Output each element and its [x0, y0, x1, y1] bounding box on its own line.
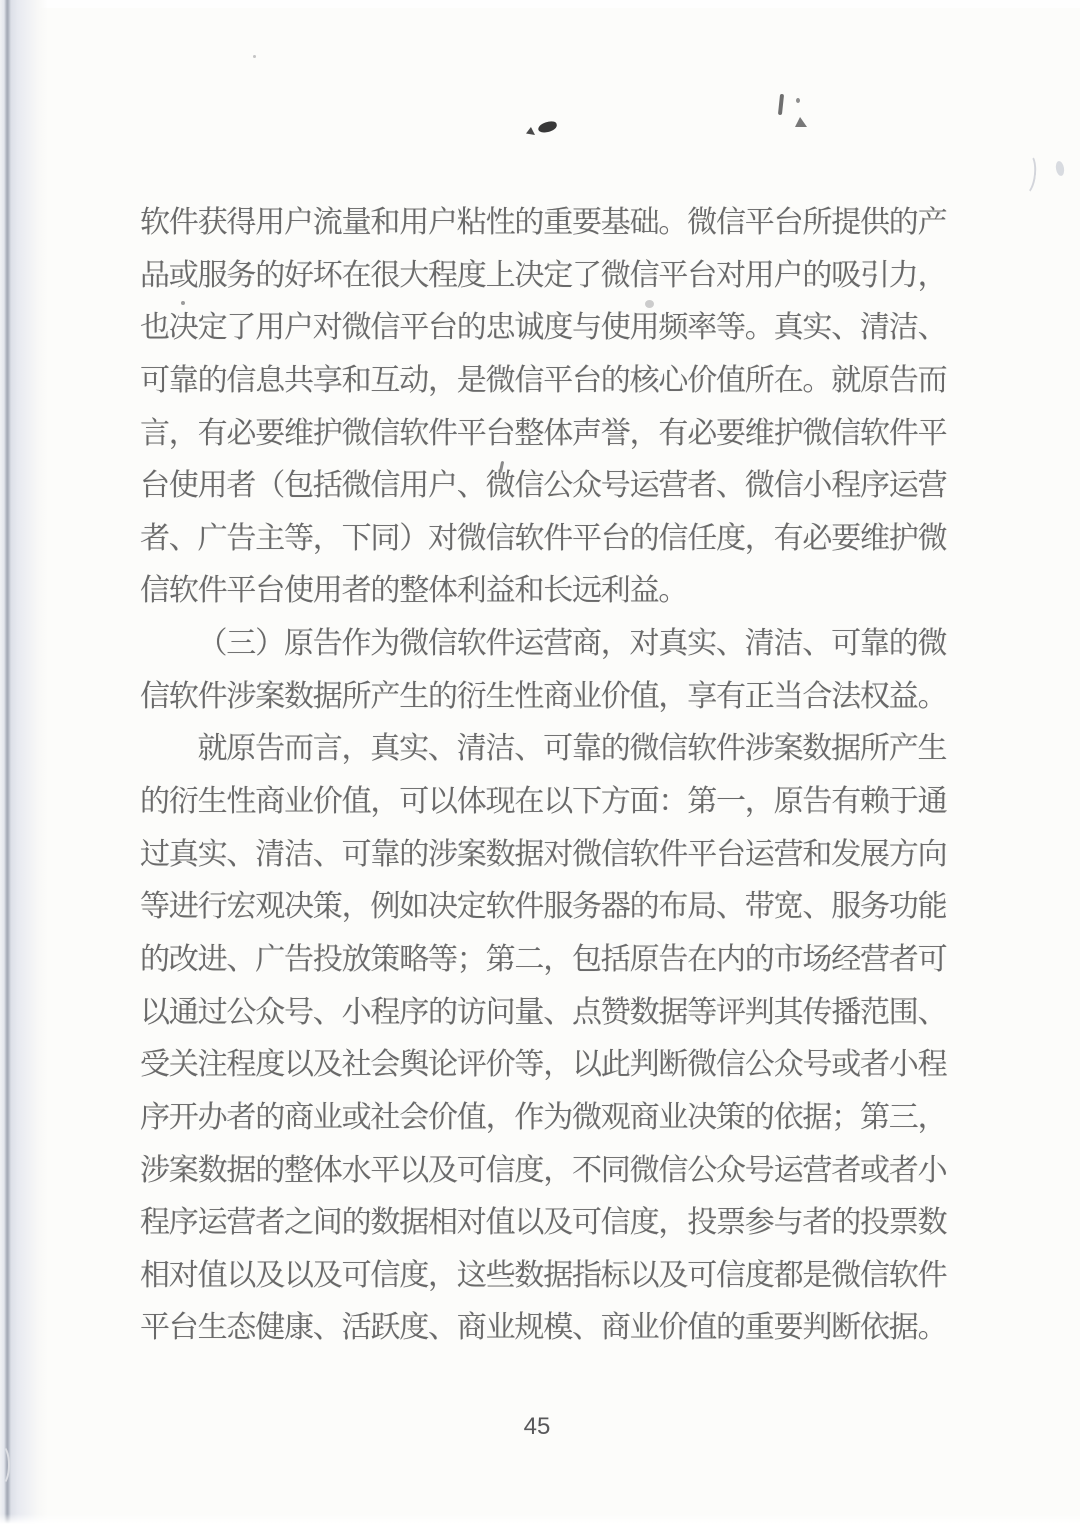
scan-mark-dot — [181, 301, 185, 305]
scan-mark-curve — [1016, 152, 1038, 196]
text-line: （三）原告作为微信软件运营商，对真实、清洁、可靠的微 — [140, 618, 955, 671]
text-line: 软件获得用户流量和用户粘性的重要基础。微信平台所提供的产 — [140, 197, 955, 250]
text-line: 相对值以及以及可信度，这些数据指标以及可信度都是微信软件 — [140, 1250, 955, 1303]
document-page: 软件获得用户流量和用户粘性的重要基础。微信平台所提供的产品或服务的好坏在很大程度… — [0, 0, 1080, 1528]
text-line: 涉案数据的整体水平以及可信度，不同微信公众号运营者或者小 — [140, 1145, 955, 1198]
text-line: 的衍生性商业价值，可以体现在以下方面：第一，原告有赖于通 — [140, 776, 955, 829]
text-line: 言，有必要维护微信软件平台整体声誉，有必要维护微信软件平 — [140, 408, 955, 461]
text-line: 的改进、广告投放策略等；第二，包括原告在内的市场经营者可 — [140, 934, 955, 987]
scan-mark-faint-blob — [645, 300, 654, 308]
text-line: 程序运营者之间的数据相对值以及可信度，投票参与者的投票数 — [140, 1197, 955, 1250]
document-text: 软件获得用户流量和用户粘性的重要基础。微信平台所提供的产品或服务的好坏在很大程度… — [140, 197, 955, 1355]
text-line: 可靠的信息共享和互动，是微信平台的核心价值所在。就原告而 — [140, 355, 955, 408]
text-line: 受关注程度以及社会舆论评价等，以此判断微信公众号或者小程 — [140, 1039, 955, 1092]
page-number: 45 — [0, 1413, 1074, 1441]
text-line: 品或服务的好坏在很大程度上决定了微信平台对用户的吸引力， — [140, 250, 955, 303]
scan-mark-dot — [796, 98, 800, 103]
page-top-edge — [0, 0, 1080, 8]
text-line: 以通过公众号、小程序的访问量、点赞数据等评判其传播范围、 — [140, 987, 955, 1040]
scan-mark-blob — [537, 120, 558, 134]
text-line: 者、广告主等，下同）对微信软件平台的信任度，有必要维护微 — [140, 513, 955, 566]
scan-mark-triangle — [795, 117, 807, 127]
scan-mark-faint-blob — [1055, 160, 1065, 176]
text-line: 过真实、清洁、可靠的涉案数据对微信软件平台运营和发展方向 — [140, 829, 955, 882]
text-line: 序开办者的商业或社会价值，作为微观商业决策的依据；第三， — [140, 1092, 955, 1145]
text-line: 台使用者（包括微信用户、微信公众号运营者、微信小程序运营 — [140, 460, 955, 513]
text-line: 信软件涉案数据所产生的衍生性商业价值，享有正当合法权益。 — [140, 671, 955, 724]
scan-mark-tick — [778, 94, 784, 115]
scan-mark-blob-tail — [526, 127, 535, 135]
text-line: 也决定了用户对微信平台的忠诚度与使用频率等。真实、清洁、 — [140, 302, 955, 355]
text-line: 等进行宏观决策，例如决定软件服务器的布局、带宽、服务功能 — [140, 881, 955, 934]
scan-mark-speck — [253, 55, 256, 58]
text-line: 就原告而言，真实、清洁、可靠的微信软件涉案数据所产生 — [140, 723, 955, 776]
text-line: 平台生态健康、活跃度、商业规模、商业价值的重要判断依据。 — [140, 1302, 955, 1355]
page-bottom-edge — [0, 1514, 1080, 1528]
page-left-edge-shadow — [0, 0, 48, 1528]
text-line: 信软件平台使用者的整体利益和长远利益。 — [140, 565, 955, 618]
